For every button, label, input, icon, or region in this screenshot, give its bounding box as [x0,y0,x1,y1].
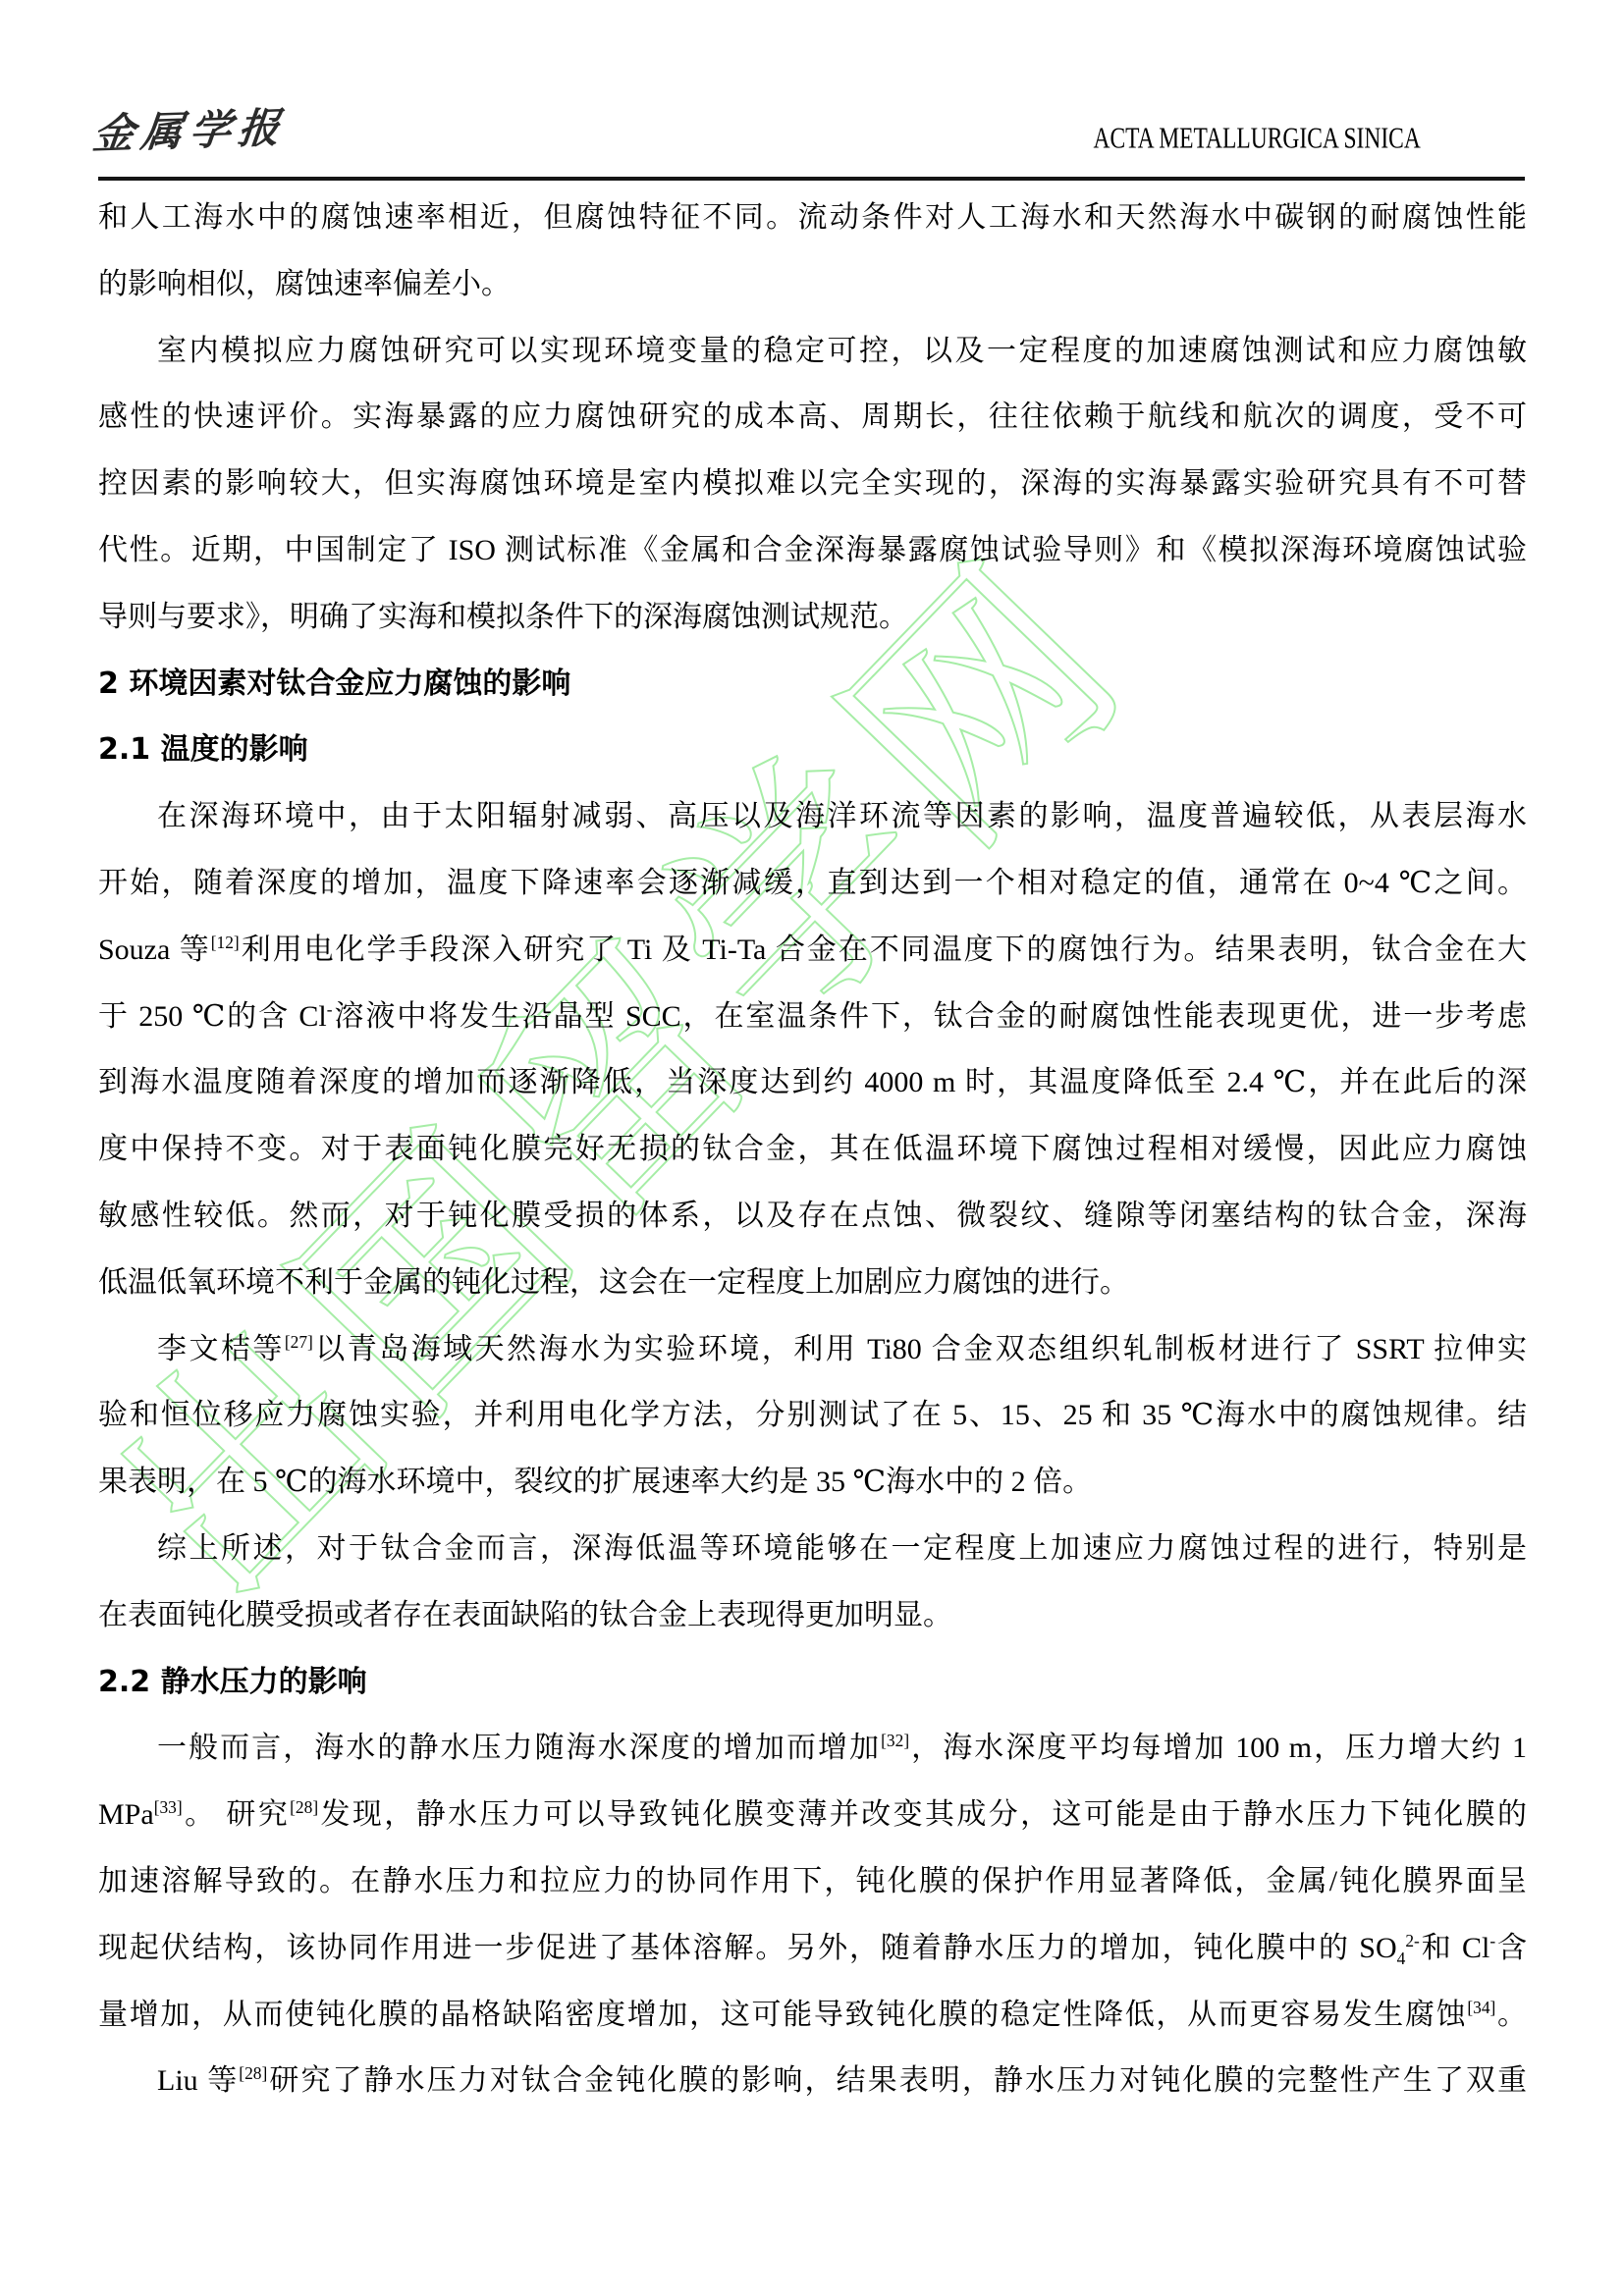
section-heading: 2 环境因素对钛合金应力腐蚀的影响 [98,651,1527,718]
superscript: 2- [1405,1931,1420,1950]
superscript: - [1489,1931,1495,1950]
text-line: 到海水温度随着深度的增加而逐渐降低，当深度达到约 4000 m 时，其温度降低至… [98,1049,1527,1116]
document-body: 和人工海水中的腐蚀速率相近，但腐蚀特征不同。流动条件对人工海水和天然海水中碳钢的… [98,185,1527,2114]
journal-logo: 金属学报 [90,95,290,161]
text-line: 果表明，在 5 ℃的海水环境中，裂纹的扩展速率大约是 35 ℃海水中的 2 倍。 [98,1449,1527,1516]
text-line: 开始，随着深度的增加，温度下降速率会逐渐减缓，直到达到一个相对稳定的值，通常在 … [98,850,1527,917]
text-line: 代性。近期，中国制定了 ISO 测试标准《金属和合金深海暴露腐蚀试验导则》和《模… [98,517,1527,584]
header-rule [98,177,1525,181]
text-line: 在表面钝化膜受损或者存在表面缺陷的钛合金上表现得更加明显。 [98,1582,1527,1649]
text-line: 加速溶解导致的。在静水压力和拉应力的协同作用下，钝化膜的保护作用显著降低，金属/… [98,1848,1527,1915]
superscript: [27] [285,1332,313,1352]
superscript: [28] [239,2063,267,2083]
superscript: [32] [881,1731,909,1750]
section-heading: 2.1 温度的影响 [98,717,1527,783]
superscript: - [327,999,333,1019]
text-line: 于 250 ℃的含 Cl-溶液中将发生沿晶型 SCC，在室温条件下，钛合金的耐腐… [98,984,1527,1050]
document-page: 出国留学网 金属学报 ACTA METALLURGICA SINICA 和人工海… [0,0,1624,2296]
text-line: 敏感性较低。然而，对于钝化膜受损的体系，以及存在点蚀、微裂纹、缝隙等闭塞结构的钛… [98,1183,1527,1250]
text-line: Liu 等[28]研究了静水压力对钛合金钝化膜的影响，结果表明，静水压力对钝化膜… [98,2048,1527,2114]
text-line: 的影响相似，腐蚀速率偏差小。 [98,251,1527,318]
text-line: 和人工海水中的腐蚀速率相近，但腐蚀特征不同。流动条件对人工海水和天然海水中碳钢的… [98,185,1527,251]
subscript: 4 [1397,1949,1406,1968]
text-line: 验和恒位移应力腐蚀实验，并利用电化学方法，分别测试了在 5、15、25 和 35… [98,1382,1527,1449]
text-line: 李文桔等[27]以青岛海域天然海水为实验环境，利用 Ti80 合金双态组织轧制板… [98,1316,1527,1383]
text-line: MPa[33]。 研究[28]发现，静水压力可以导致钝化膜变薄并改变其成分，这可… [98,1782,1527,1848]
superscript: [28] [290,1797,318,1817]
text-line: Souza 等[12]利用电化学手段深入研究了 Ti 及 Ti-Ta 合金在不同… [98,917,1527,984]
superscript: [12] [211,933,240,952]
text-line: 度中保持不变。对于表面钝化膜完好无损的钛合金，其在低温环境下腐蚀过程相对缓慢，因… [98,1116,1527,1183]
text-line: 现起伏结构，该协同作用进一步促进了基体溶解。另外，随着静水压力的增加，钝化膜中的… [98,1915,1527,1982]
superscript: [34] [1467,1998,1495,2017]
section-heading: 2.2 静水压力的影响 [98,1649,1527,1716]
text-line: 量增加，从而使钝化膜的晶格缺陷密度增加，这可能导致钝化膜的稳定性降低，从而更容易… [98,1982,1527,2049]
text-line: 低温低氧环境不利于金属的钝化过程，这会在一定程度上加剧应力腐蚀的进行。 [98,1250,1527,1316]
text-line: 感性的快速评价。实海暴露的应力腐蚀研究的成本高、周期长，往往依赖于航线和航次的调… [98,384,1527,451]
text-line: 综上所述，对于钛合金而言，深海低温等环境能够在一定程度上加速应力腐蚀过程的进行，… [98,1516,1527,1582]
page-header: 金属学报 ACTA METALLURGICA SINICA [0,0,1624,179]
text-line: 室内模拟应力腐蚀研究可以实现环境变量的稳定可控，以及一定程度的加速腐蚀测试和应力… [98,318,1527,385]
superscript: [33] [154,1797,183,1817]
text-line: 在深海环境中，由于太阳辐射减弱、高压以及海洋环流等因素的影响，温度普遍较低，从表… [98,783,1527,850]
text-line: 一般而言，海水的静水压力随海水深度的增加而增加[32]，海水深度平均每增加 10… [98,1715,1527,1782]
journal-name: ACTA METALLURGICA SINICA [1094,123,1421,157]
text-line: 控因素的影响较大，但实海腐蚀环境是室内模拟难以完全实现的，深海的实海暴露实验研究… [98,451,1527,517]
text-line: 导则与要求》，明确了实海和模拟条件下的深海腐蚀测试规范。 [98,584,1527,651]
